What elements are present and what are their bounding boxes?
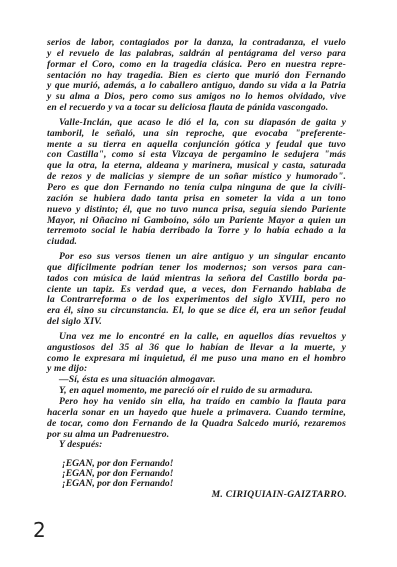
page-number: 2 xyxy=(33,518,46,542)
text-line: como le expresara mi inquietud, él me pu… xyxy=(47,354,346,365)
text-line: de tocar, como don Fernando de la Quadra… xyxy=(47,419,346,430)
text-line: del siglo XIV. xyxy=(47,317,346,328)
exclamation-block: ¡EGAN, por don Fernando!¡EGAN, por don F… xyxy=(62,459,173,490)
text-line: formar el Coro, como en la tragedia clás… xyxy=(47,60,346,71)
paragraph: Por eso sus versos tienen un aire antigu… xyxy=(47,252,346,328)
text-line: tamboril, le señaló, una sin reproche, q… xyxy=(47,129,346,140)
paragraph: Y después: xyxy=(47,440,346,451)
paragraph: Una vez me lo encontré en la calle, en a… xyxy=(47,332,346,375)
article-body: serios de labor, contagiados por la danz… xyxy=(47,38,346,451)
document-page: serios de labor, contagiados por la danz… xyxy=(0,0,397,567)
paragraph: Pero hoy ha venido sin ella, ha traído e… xyxy=(47,397,346,440)
text-line: ciudad. xyxy=(47,237,346,248)
exclamation-line: ¡EGAN, por don Fernando! xyxy=(62,479,173,489)
text-line: nuevo y distinto; él, que no tuvo nunca … xyxy=(47,205,346,216)
text-line: Y después: xyxy=(47,440,346,451)
text-line: terremoto social le había derribado la T… xyxy=(47,226,346,237)
text-line: en el recuerdo y va a tocar su deliciosa… xyxy=(47,103,346,114)
author-signature: M. CIRIQUIAIN-GAIZTARRO. xyxy=(212,489,347,500)
text-line: angustiosos del 35 al 36 que lo habían d… xyxy=(47,343,346,354)
paragraph: serios de labor, contagiados por la danz… xyxy=(47,38,346,114)
text-line: tados con música de laúd mientras la señ… xyxy=(47,274,346,285)
paragraph: Valle-Inclán, que acaso le dió el la, co… xyxy=(47,118,346,248)
